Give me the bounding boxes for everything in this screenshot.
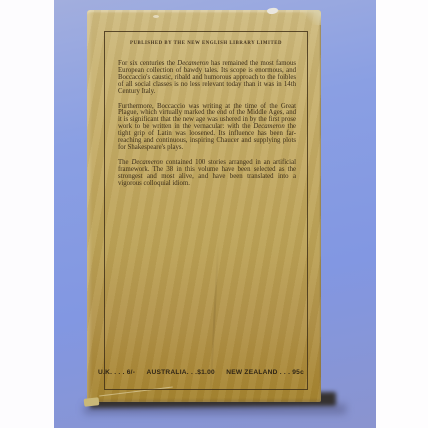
- price-new-zealand: NEW ZEALAND . . . 95c: [226, 369, 304, 376]
- wear-mark: [153, 15, 159, 18]
- blurb-paragraph-1: For six centuries the Decameron has rema…: [118, 61, 296, 96]
- blurb-paragraph-3: The Decameron contained 100 stories arra…: [118, 160, 296, 188]
- printed-border-frame: PUBLISHED BY THE NEW ENGLISH LIBRARY LIM…: [104, 31, 308, 390]
- price-australia: AUSTRALIA. . .$1.00: [146, 369, 215, 376]
- blurb-paragraph-2: Furthermore, Boccaccio was writing at th…: [118, 104, 296, 152]
- price-uk: U.K. . . . 6/-: [98, 369, 135, 376]
- book-back-cover: PUBLISHED BY THE NEW ENGLISH LIBRARY LIM…: [87, 10, 321, 402]
- publisher-line: PUBLISHED BY THE NEW ENGLISH LIBRARY LIM…: [109, 41, 303, 46]
- screenshot-canvas: PUBLISHED BY THE NEW ENGLISH LIBRARY LIM…: [0, 0, 428, 428]
- price-line: U.K. . . . 6/- AUSTRALIA. . .$1.00 NEW Z…: [98, 369, 304, 376]
- photo-backdrop: PUBLISHED BY THE NEW ENGLISH LIBRARY LIM…: [54, 0, 376, 428]
- cover-bottom-lip: [84, 397, 100, 407]
- worn-top-right-corner: [303, 10, 321, 25]
